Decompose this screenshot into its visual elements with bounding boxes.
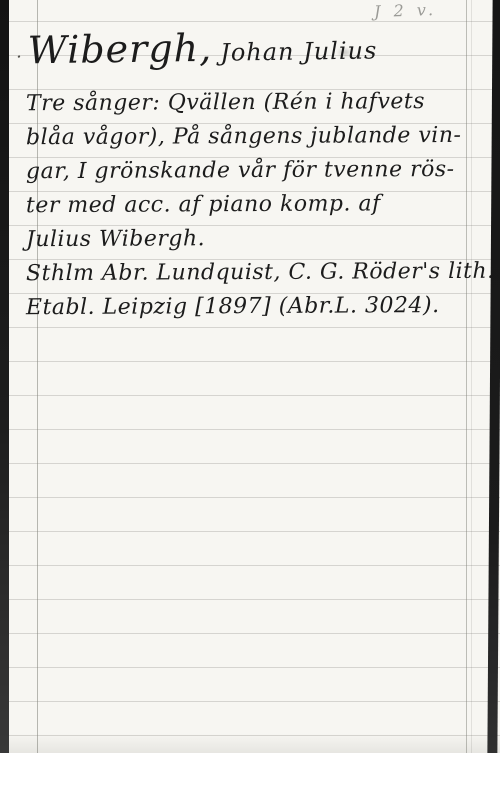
catalog-entry: Tre sånger: Qvällen (Rén i hafvets blåa … xyxy=(26,86,488,324)
entry-line: Julius Wibergh. xyxy=(26,221,488,257)
shelfmark-annotation: J 2 v. xyxy=(374,0,438,21)
entry-line: Etabl. Leipzig [1897] (Abr.L. 3024). xyxy=(26,289,488,325)
catalog-heading: .Wibergh,Johan Julius xyxy=(16,23,378,72)
card-bottom-edge-shading xyxy=(0,733,500,753)
entry-line: Tre sånger: Qvällen (Rén i hafvets xyxy=(26,85,488,121)
catalog-card-scan: J 2 v. .Wibergh,Johan Julius Tre sånger:… xyxy=(0,0,500,753)
entry-line: blåa vågor), På sångens jublande vin- xyxy=(26,119,488,155)
heading-given-names: Johan Julius xyxy=(220,36,378,66)
heading-surname: Wibergh, xyxy=(27,26,212,73)
entry-line: gar, I grönskande vår för tvenne rös- xyxy=(26,153,488,189)
heading-leading-dot: . xyxy=(16,41,22,62)
entry-line: Sthlm Abr. Lundquist, C. G. Röder's lith… xyxy=(26,255,488,291)
entry-line: ter med acc. af piano komp. af xyxy=(26,187,488,223)
scan-border-left xyxy=(0,0,9,753)
